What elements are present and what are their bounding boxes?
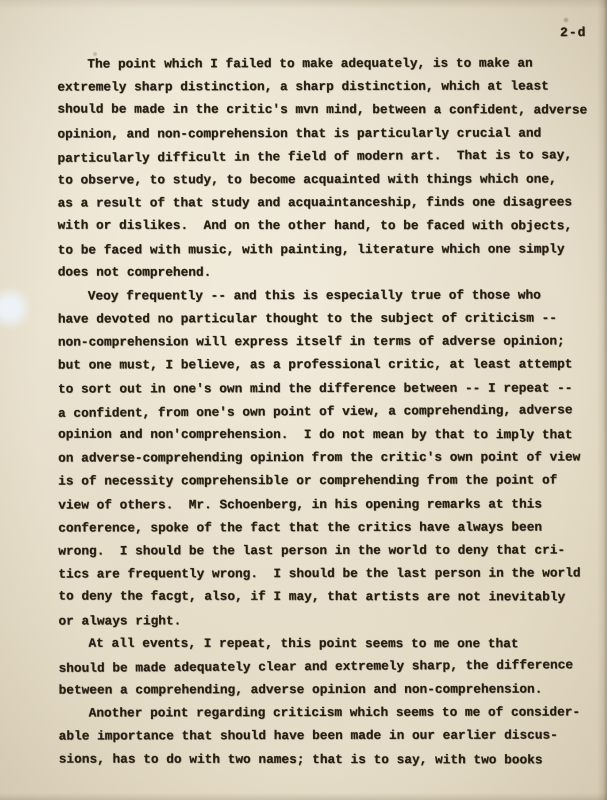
text-line: have devoted no particular thought to th… (58, 306, 598, 330)
text-line: view of others. Mr. Schoenberg, in his o… (58, 492, 598, 516)
text-line: is of necessity comprehensible or compre… (58, 469, 598, 493)
text-line: wrong. I should be the last person in th… (58, 538, 598, 562)
text-line: particularly difficult in the field of m… (57, 143, 597, 170)
text-line: to be faced with music, with painting, l… (58, 237, 598, 261)
typed-text: The point which I failed to make adequat… (57, 51, 599, 771)
text-line: to deny the facgt, also, if I may, that … (58, 585, 598, 609)
text-line: or always right. (58, 608, 598, 632)
text-line: should be made adequately clear and extr… (58, 653, 598, 680)
text-line: does not comprehend. (58, 260, 598, 284)
text-line: opinion, and non-comprehension that is p… (57, 121, 597, 145)
text-line: tics are frequently wrong. I should be t… (58, 562, 598, 586)
text-line: Another point regarding criticism which … (59, 701, 599, 725)
text-line: between a comprehending, adverse opinion… (59, 677, 599, 701)
text-line: but one must, I believe, as a profession… (58, 353, 598, 377)
text-line: as a result of that study and acquaintan… (58, 191, 598, 215)
text-line: Veoy frequently -- and this is especiall… (58, 283, 598, 307)
text-line: opinion and non'comprehension. I do not … (58, 423, 598, 447)
text-line: to sort out in one's own mind the differ… (58, 376, 598, 400)
text-line: to observe, to study, to become acquaint… (57, 167, 597, 191)
text-line: sions, has to do with two names; that is… (59, 747, 599, 771)
text-line: on adverse-comprehending opinion from th… (58, 446, 598, 470)
text-line: able importance that should have been ma… (59, 724, 599, 748)
text-line: conference, spoke of the fact that the c… (58, 515, 598, 539)
text-line: with or dislikes. And on the other hand,… (58, 214, 598, 238)
text-line: non-comprehension will express itself in… (58, 330, 598, 354)
text-line: At all events, I repeat, this point seem… (58, 631, 598, 655)
text-line: a confident, from one's own point of vie… (58, 398, 598, 425)
document-page: 2-d The point which I failed to make ade… (0, 0, 607, 800)
text-line: The point which I failed to make adequat… (57, 51, 597, 75)
text-line: extremely sharp distinction, a sharp dis… (57, 75, 597, 99)
page-number: 2-d (560, 25, 587, 40)
text-line: should be made in the critic's mvn mind,… (57, 98, 597, 122)
